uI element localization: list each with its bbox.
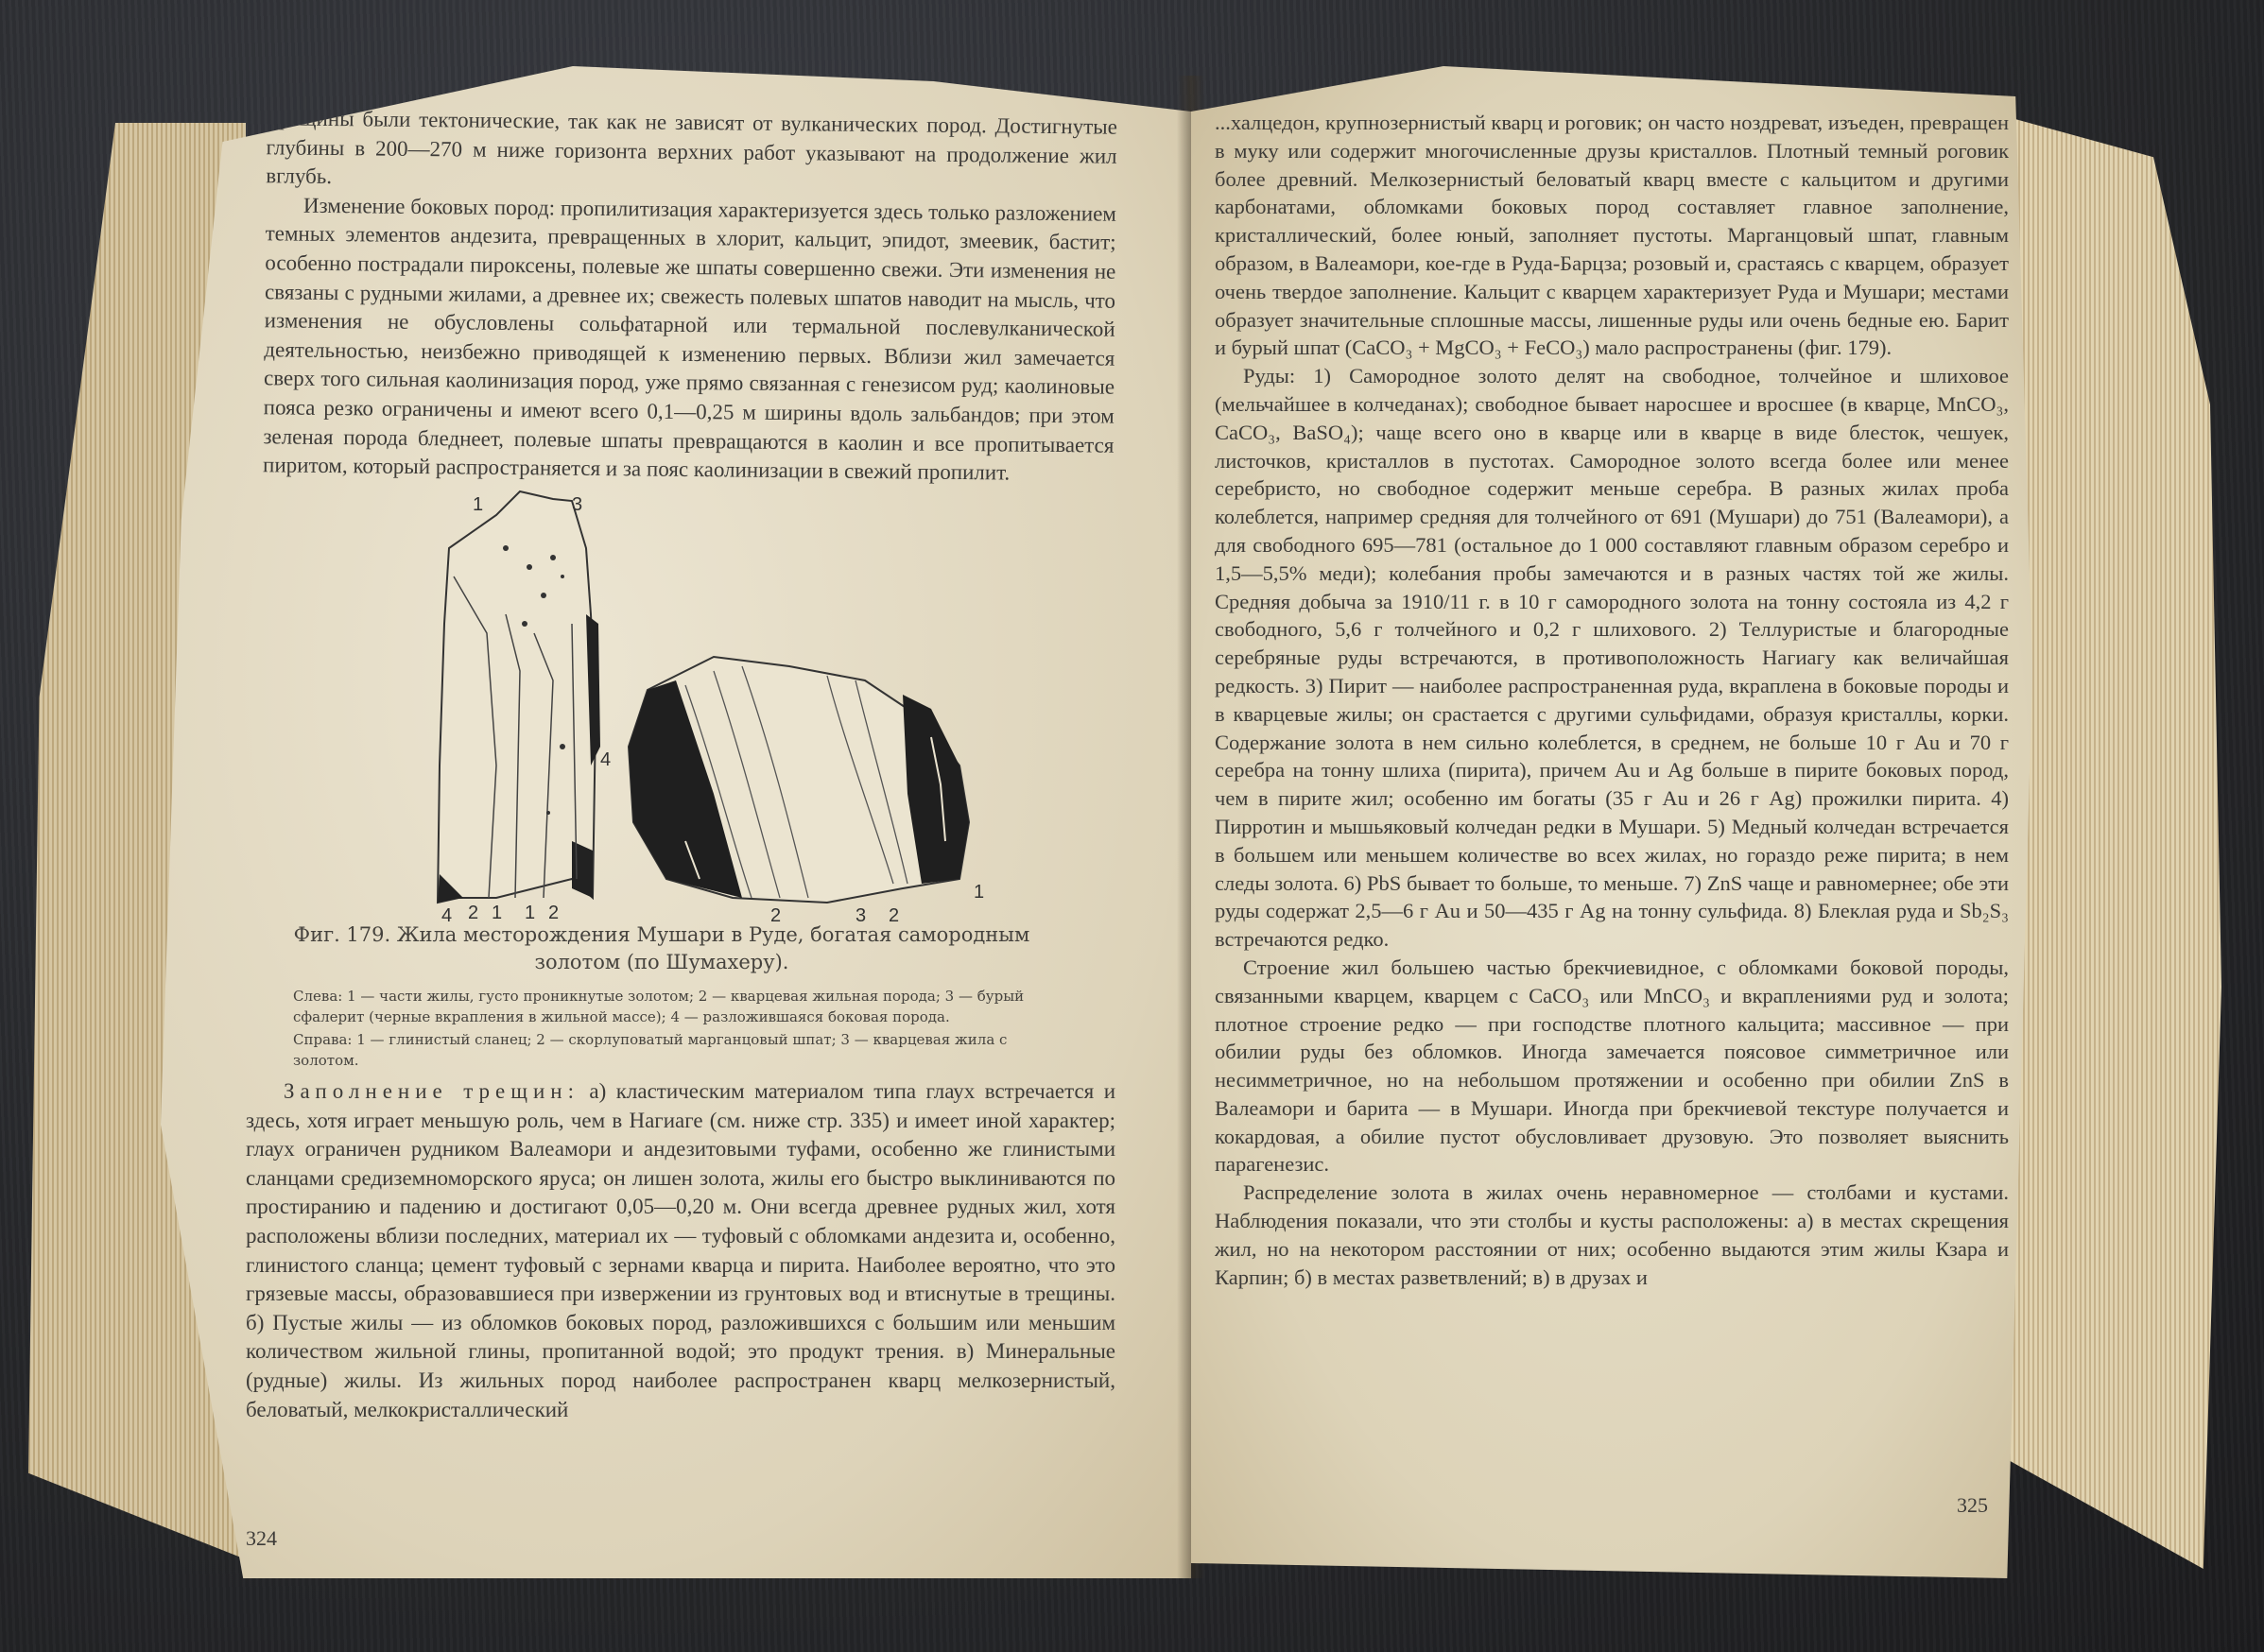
page-number-left: 324 <box>246 1526 277 1551</box>
paragraph: ...халцедон, крупнозернистый кварц и рог… <box>1215 109 2009 362</box>
figure-title: Фиг. 179. Жила месторождения Мушари в Ру… <box>293 921 1030 976</box>
open-book: Трещины были тектонические, так как не з… <box>28 19 2221 1626</box>
fig-label: 4 <box>441 905 452 921</box>
figure-179: 1 3 4 4 2 1 1 2 <box>430 482 1158 921</box>
vein-drawing-icon: 1 3 4 4 2 1 1 2 <box>430 482 1158 921</box>
right-page: ...халцедон, крупнозернистый кварц и рог… <box>1191 66 2032 1578</box>
fig-label: 2 <box>889 905 899 921</box>
fig-label: 2 <box>468 903 478 921</box>
left-page-top-text: Трещины были тектонические, так как не з… <box>263 104 1117 489</box>
left-page: Трещины были тектонические, так как не з… <box>161 66 1191 1578</box>
fig-label: 1 <box>974 882 984 903</box>
paragraph: Руды: 1) Самородное золото делят на своб… <box>1215 362 2009 954</box>
right-page-text: ...халцедон, крупнозернистый кварц и рог… <box>1215 109 2009 1291</box>
fig-label: 1 <box>473 494 483 515</box>
fig-label: 4 <box>600 749 611 770</box>
left-page-bottom-text: Заполнение трещин: а) кластическим матер… <box>246 1077 1115 1424</box>
right-page-edges <box>1995 113 2221 1569</box>
fig-label: 2 <box>548 903 559 921</box>
paragraph: Изменение боковых пород: пропилитизация … <box>263 191 1116 489</box>
fig-label: 3 <box>572 494 582 515</box>
paragraph: Трещины были тектонические, так как не з… <box>266 104 1117 199</box>
section-heading: Заполнение трещин: <box>284 1079 579 1103</box>
fig-label: 1 <box>492 903 502 921</box>
page-number-right: 325 <box>1957 1493 1988 1518</box>
figure-legend-left: Слева: 1 — части жилы, густо проникнутые… <box>293 986 1030 1027</box>
fig-label: 3 <box>855 905 866 921</box>
fig-label: 1 <box>525 903 535 921</box>
figure-legend-right: Справа: 1 — глинистый сланец; 2 — скорлу… <box>293 1029 1030 1071</box>
paragraph: Строение жил большею частью брекчиевидно… <box>1215 954 2009 1179</box>
paragraph: а) кластическим материалом типа глаух вс… <box>246 1079 1115 1421</box>
paragraph: Распределение золота в жилах очень нерав… <box>1215 1179 2009 1291</box>
figure-caption: Фиг. 179. Жила месторождения Мушари в Ру… <box>293 921 1030 1071</box>
fig-label: 2 <box>770 905 781 921</box>
